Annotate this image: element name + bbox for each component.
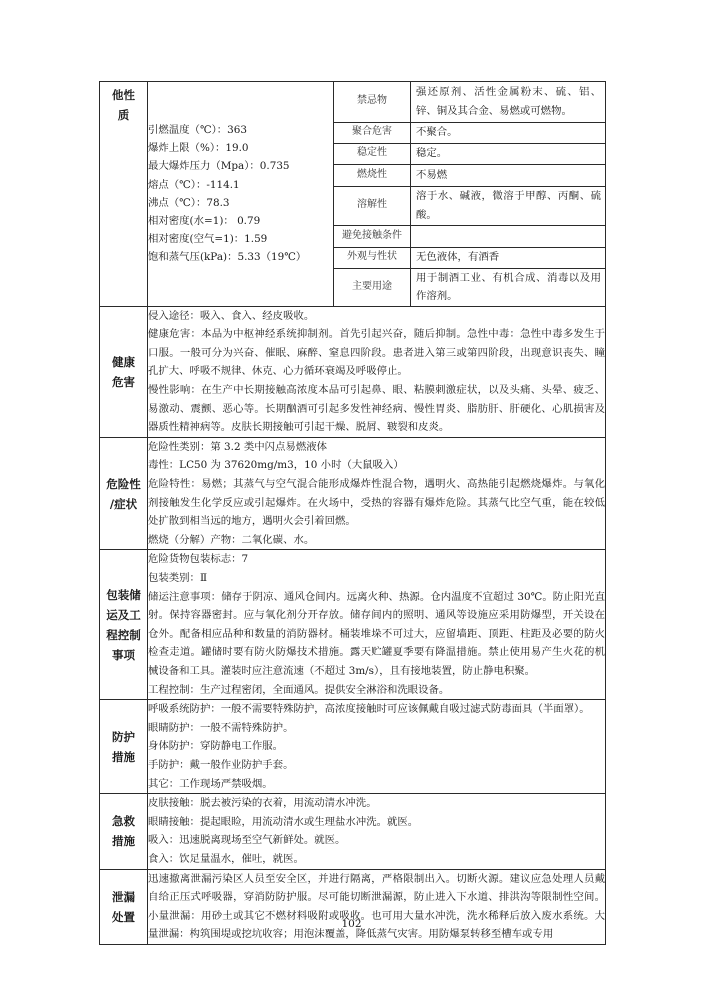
- properties-row: 他性 质 引燃温度（℃）：363 爆炸上限（%）：19.0 最大爆炸压力（Mpa…: [100, 82, 606, 307]
- attribute-value: 无色液体，有酒香: [411, 247, 606, 268]
- section-row-hazard-symptoms: 危险性 /症状 危险性类别：第 3.2 类中闪点易燃液体 毒性：LC50 为 3…: [100, 437, 606, 550]
- section-label: 包装储 运及工 程控制 事项: [100, 550, 148, 700]
- section-body: 危险货物包装标志：7 包装类别：Ⅱ 储运注意事项：储存于阴凉、通风仓间内。远离火…: [148, 550, 606, 700]
- section-paragraph: 皮肤接触：脱去被污染的衣着，用流动清水冲洗。: [148, 794, 605, 813]
- section-paragraph: 危险货物包装标志：7: [148, 550, 605, 569]
- attribute-key: 稳定性: [334, 143, 411, 164]
- section-paragraph: 储运注意事项：储存于阴凉、通风仓间内。远离火种、热源。仓内温度不宜超过 30℃。…: [148, 588, 605, 681]
- attributes-table: 禁忌物 强还原剂、活性金属粉末、硫、铝、锌、铜及其合金、易燃或可燃物。 聚合危害…: [334, 82, 605, 306]
- attribute-key: 燃烧性: [334, 164, 411, 186]
- attribute-key: 禁忌物: [334, 82, 411, 122]
- section-row-health-hazard: 健康 危害 侵入途径：吸入、食入、经皮吸收。 健康危害：本品为中枢神经系统抑制剂…: [100, 306, 606, 437]
- section-paragraph: 健康危害：本品为中枢神经系统抑制剂。首先引起兴奋，随后抑制。急性中毒：急性中毒多…: [148, 325, 605, 381]
- attribute-row: 燃烧性 不易燃: [334, 164, 605, 186]
- attribute-value: 稳定。: [411, 143, 606, 164]
- attribute-key: 避免接触条件: [334, 225, 411, 247]
- property-vapor-pressure: 饱和蒸气压(kPa)：5.33（19℃）: [148, 248, 333, 266]
- section-label: 泄漏 处置: [100, 869, 148, 944]
- properties-label-line: 质: [100, 105, 147, 125]
- section-paragraph: 呼吸系统防护：一般不需要特殊防护，高浓度接触时可应该佩戴自吸过滤式防毒面具（半面…: [148, 700, 605, 719]
- section-paragraph: 慢性影响：在生产中长期接触高浓度本品可引起鼻、眼、粘膜刺激症状，以及头痛、头晕、…: [148, 381, 605, 437]
- section-paragraph: 侵入途径：吸入、食入、经皮吸收。: [148, 307, 605, 326]
- attribute-row: 外观与性状 无色液体，有酒香: [334, 247, 605, 268]
- attribute-value: 溶于水、碱液，微溶于甲醇、丙酮、硫酸。: [411, 186, 606, 225]
- section-label: 健康 危害: [100, 306, 148, 437]
- section-paragraph: 燃烧（分解）产物：二氧化碳、水。: [148, 531, 605, 550]
- section-label-line: /症状: [100, 494, 147, 514]
- section-label-line: 健康: [100, 352, 147, 372]
- section-paragraph: 迅速撤离泄漏污染区人员至安全区，并进行隔离，严格限制出入。切断火源。建议应急处理…: [148, 870, 605, 944]
- attribute-value: 强还原剂、活性金属粉末、硫、铝、锌、铜及其合金、易燃或可燃物。: [411, 82, 606, 122]
- attribute-row: 溶解性 溶于水、碱液，微溶于甲醇、丙酮、硫酸。: [334, 186, 605, 225]
- attribute-row: 聚合危害 不聚合。: [334, 122, 605, 143]
- section-label-line: 急救: [100, 811, 147, 831]
- attribute-value: [411, 225, 606, 247]
- section-label: 防护 措施: [100, 700, 148, 794]
- attribute-row: 避免接触条件: [334, 225, 605, 247]
- section-paragraph: 包装类别：Ⅱ: [148, 569, 605, 588]
- property-boiling-point: 沸点（℃）：78.3: [148, 194, 333, 212]
- section-label-line: 措施: [100, 831, 147, 851]
- section-row-first-aid: 急救 措施 皮肤接触：脱去被污染的衣着，用流动清水冲洗。 眼睛接触：提起眼睑，用…: [100, 794, 606, 869]
- attribute-value: 不易燃: [411, 164, 606, 186]
- section-label-line: 包装储: [100, 585, 147, 605]
- attribute-key: 聚合危害: [334, 122, 411, 143]
- section-body: 危险性类别：第 3.2 类中闪点易燃液体 毒性：LC50 为 37620mg/m…: [148, 437, 606, 550]
- attributes-cell: 禁忌物 强还原剂、活性金属粉末、硫、铝、锌、铜及其合金、易燃或可燃物。 聚合危害…: [334, 82, 606, 307]
- section-paragraph: 其它：工作现场严禁吸烟。: [148, 775, 605, 794]
- section-paragraph: 危险特性：易燃；其蒸气与空气混合能形成爆炸性混合物，遇明火、高热能引起燃烧爆炸。…: [148, 475, 605, 531]
- attribute-key: 主要用途: [334, 268, 411, 306]
- attribute-key: 外观与性状: [334, 247, 411, 268]
- msds-table: 他性 质 引燃温度（℃）：363 爆炸上限（%）：19.0 最大爆炸压力（Mpa…: [99, 81, 606, 945]
- property-melting-point: 熔点（℃）：-114.1: [148, 176, 333, 194]
- section-paragraph: 工程控制：生产过程密闭，全面通风。提供安全淋浴和洗眼设备。: [148, 681, 605, 700]
- section-row-protection: 防护 措施 呼吸系统防护：一般不需要特殊防护，高浓度接触时可应该佩戴自吸过滤式防…: [100, 700, 606, 794]
- section-label-line: 运及工: [100, 605, 147, 625]
- property-relative-density-water: 相对密度(水=1)： 0.79: [148, 212, 333, 230]
- section-paragraph: 毒性：LC50 为 37620mg/m3，10 小时（大鼠吸入）: [148, 456, 605, 475]
- property-relative-density-air: 相对密度(空气=1)：1.59: [148, 230, 333, 248]
- properties-label-line: 他性: [100, 85, 147, 105]
- attribute-row: 主要用途 用于制酒工业、有机合成、消毒以及用作溶剂。: [334, 268, 605, 306]
- attribute-value: 用于制酒工业、有机合成、消毒以及用作溶剂。: [411, 268, 606, 306]
- section-label-line: 泄漏: [100, 887, 147, 907]
- section-label-line: 危险性: [100, 474, 147, 494]
- section-paragraph: 吸入：迅速脱离现场至空气新鲜处。就医。: [148, 831, 605, 850]
- section-row-packaging-storage: 包装储 运及工 程控制 事项 危险货物包装标志：7 包装类别：Ⅱ 储运注意事项：…: [100, 550, 606, 700]
- section-paragraph: 食入：饮足量温水，催吐，就医。: [148, 850, 605, 869]
- section-body: 呼吸系统防护：一般不需要特殊防护，高浓度接触时可应该佩戴自吸过滤式防毒面具（半面…: [148, 700, 606, 794]
- page-number: 102: [0, 918, 703, 930]
- section-label-line: 事项: [100, 645, 147, 665]
- physical-properties-list: 引燃温度（℃）：363 爆炸上限（%）：19.0 最大爆炸压力（Mpa）：0.7…: [148, 82, 334, 307]
- section-body: 皮肤接触：脱去被污染的衣着，用流动清水冲洗。 眼睛接触：提起眼睑，用流动清水或生…: [148, 794, 606, 869]
- section-paragraph: 眼睛防护：一般不需特殊防护。: [148, 719, 605, 738]
- section-body: 迅速撤离泄漏污染区人员至安全区，并进行隔离，严格限制出入。切断火源。建议应急处理…: [148, 869, 606, 944]
- section-label-line: 措施: [100, 747, 147, 767]
- section-label: 急救 措施: [100, 794, 148, 869]
- attribute-row: 禁忌物 强还原剂、活性金属粉末、硫、铝、锌、铜及其合金、易燃或可燃物。: [334, 82, 605, 122]
- section-paragraph: 眼睛接触：提起眼睑，用流动清水或生理盐水冲洗。就医。: [148, 813, 605, 832]
- document-page: 他性 质 引燃温度（℃）：363 爆炸上限（%）：19.0 最大爆炸压力（Mpa…: [0, 0, 703, 994]
- section-label-line: 防护: [100, 727, 147, 747]
- attribute-value: 不聚合。: [411, 122, 606, 143]
- property-max-explosion-pressure: 最大爆炸压力（Mpa）：0.735: [148, 157, 333, 175]
- section-row-leak-disposal: 泄漏 处置 迅速撤离泄漏污染区人员至安全区，并进行隔离，严格限制出入。切断火源。…: [100, 869, 606, 944]
- attribute-row: 稳定性 稳定。: [334, 143, 605, 164]
- property-ignition-temp: 引燃温度（℃）：363: [148, 121, 333, 139]
- section-label: 危险性 /症状: [100, 437, 148, 550]
- section-label-line: 危害: [100, 372, 147, 392]
- section-paragraph: 危险性类别：第 3.2 类中闪点易燃液体: [148, 438, 605, 457]
- section-paragraph: 身体防护：穿防静电工作服。: [148, 737, 605, 756]
- property-upper-explosive-limit: 爆炸上限（%）：19.0: [148, 139, 333, 157]
- attribute-key: 溶解性: [334, 186, 411, 225]
- section-label-line: 程控制: [100, 625, 147, 645]
- section-body: 侵入途径：吸入、食入、经皮吸收。 健康危害：本品为中枢神经系统抑制剂。首先引起兴…: [148, 306, 606, 437]
- properties-label: 他性 质: [100, 82, 148, 307]
- section-paragraph: 手防护：戴一般作业防护手套。: [148, 756, 605, 775]
